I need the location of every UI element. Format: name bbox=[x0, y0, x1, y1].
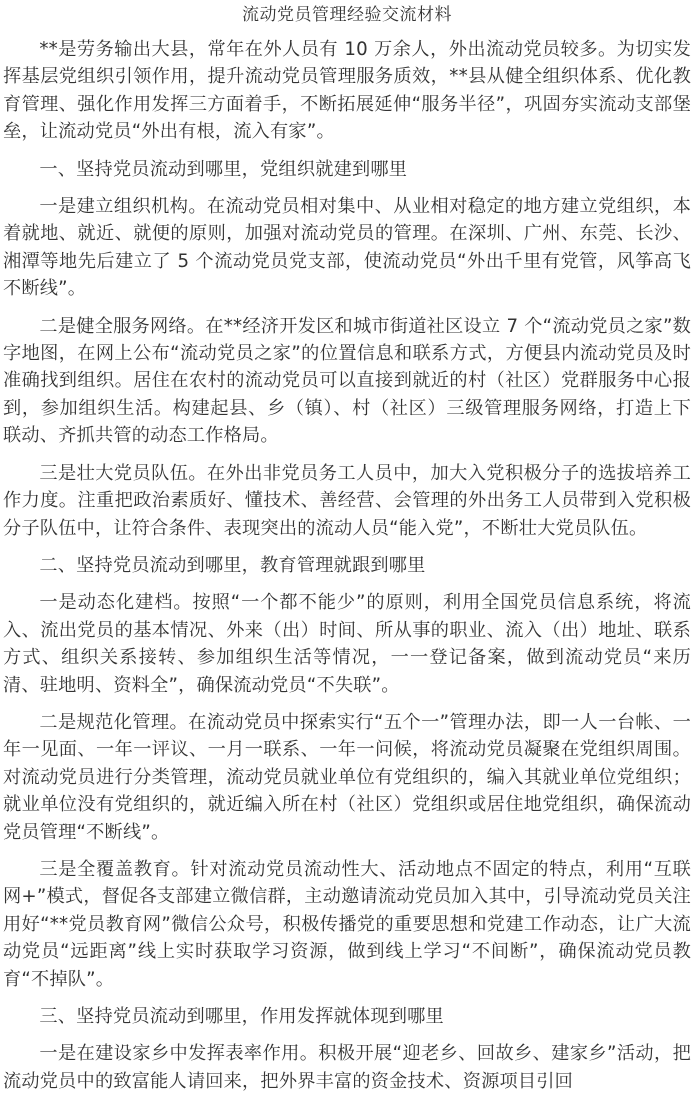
document-page: 流动党员管理经验交流材料 **是劳务输出大县，常年在外人员有 10 万余人，外出… bbox=[0, 3, 693, 1095]
document-title: 流动党员管理经验交流材料 bbox=[3, 3, 691, 27]
section-2: 二、坚持党员流动到哪里，教育管理就跟到哪里 一是动态化建档。按照“一个都不能少”… bbox=[3, 552, 691, 993]
section-3: 三、坚持党员流动到哪里，作用发挥就体现到哪里 一是在建设家乡中发挥表率作用。积极… bbox=[3, 1003, 691, 1095]
section-heading: 三、坚持党员流动到哪里，作用发挥就体现到哪里 bbox=[3, 1003, 691, 1030]
section-heading: 二、坚持党员流动到哪里，教育管理就跟到哪里 bbox=[3, 552, 691, 579]
paragraph: 一是动态化建档。按照“一个都不能少”的原则，利用全国党员信息系统，将流入、流出党… bbox=[3, 589, 691, 699]
paragraph: 一是建立组织机构。在流动党员相对集中、从业相对稳定的地方建立党组织，本着就地、就… bbox=[3, 193, 691, 303]
section-1: 一、坚持党员流动到哪里，党组织就建到哪里 一是建立组织机构。在流动党员相对集中、… bbox=[3, 156, 691, 542]
section-heading: 一、坚持党员流动到哪里，党组织就建到哪里 bbox=[3, 156, 691, 183]
paragraph: 二是规范化管理。在流动党员中探索实行“五个一”管理办法，即一人一台帐、一年一见面… bbox=[3, 709, 691, 846]
paragraph: 三是全覆盖教育。针对流动党员流动性大、活动地点不固定的特点，利用“互联网+”模式… bbox=[3, 856, 691, 993]
intro-paragraph: **是劳务输出大县，常年在外人员有 10 万余人，外出流动党员较多。为切实发挥基… bbox=[3, 36, 691, 146]
paragraph: 一是在建设家乡中发挥表率作用。积极开展“迎老乡、回故乡、建家乡”活动，把流动党员… bbox=[3, 1040, 691, 1095]
paragraph: 三是壮大党员队伍。在外出非党员务工人员中，加大入党积极分子的选拔培养工作力度。注… bbox=[3, 460, 691, 542]
paragraph: 二是健全服务网络。在**经济开发区和城市街道社区设立 7 个“流动党员之家”数字… bbox=[3, 313, 691, 450]
